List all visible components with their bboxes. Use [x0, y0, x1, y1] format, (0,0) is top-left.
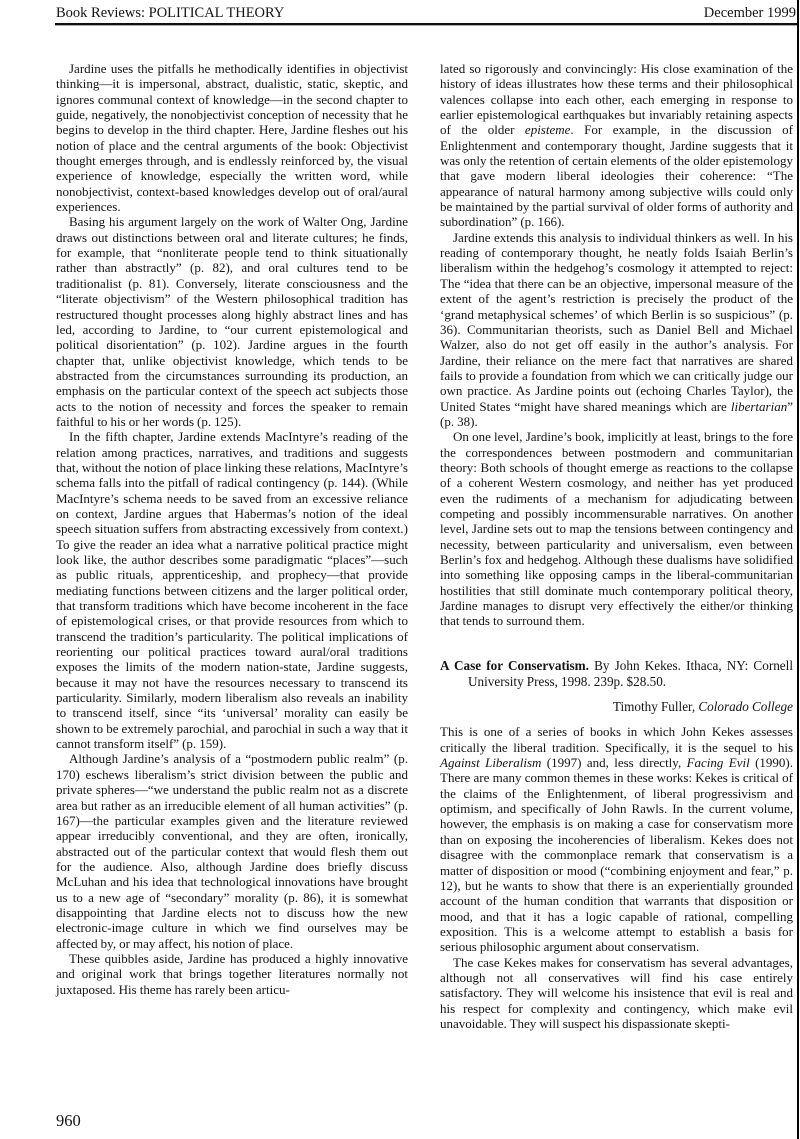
bold-text: A Case for Conservatism. — [440, 658, 589, 673]
paragraph: lated so rigorously and convincingly: Hi… — [440, 61, 793, 230]
paragraph: Jardine uses the pitfalls he methodicall… — [56, 61, 408, 214]
text-run: These quibbles aside, Jardine has produc… — [56, 951, 408, 997]
book-citation: A Case for Conservatism. By John Kekes. … — [440, 658, 793, 691]
italic-text: Facing Evil — [687, 755, 750, 770]
running-head: Book Reviews: POLITICAL THEORY — [56, 5, 284, 22]
text-run: The case Kekes makes for conservatism ha… — [440, 955, 793, 1031]
text-run: On one level, Jardine’s book, implicitly… — [440, 429, 793, 628]
paragraph: Although Jardine’s analysis of a “postmo… — [56, 751, 408, 950]
italic-text: Colorado College — [698, 699, 793, 714]
text-run: Basing his argument largely on the work … — [56, 214, 408, 428]
review-body: This is one of a series of books in whic… — [440, 724, 793, 1031]
italic-text: episteme — [525, 122, 570, 137]
page-header: Book Reviews: POLITICAL THEORY December … — [56, 5, 796, 22]
text-run: Jardine uses the pitfalls he methodicall… — [56, 61, 408, 214]
text-run: (1997) and, less directly, — [541, 755, 686, 770]
left-column: Jardine uses the pitfalls he methodicall… — [56, 61, 408, 997]
paragraph: On one level, Jardine’s book, implicitly… — [440, 429, 793, 628]
issue-date: December 1999 — [704, 5, 796, 22]
page-number: 960 — [56, 1112, 81, 1130]
text-run: . For example, in the discussion of Enli… — [440, 122, 793, 229]
paragraph: The case Kekes makes for conservatism ha… — [440, 955, 793, 1032]
text-run: Jardine extends this analysis to individ… — [440, 230, 793, 414]
text-run: This is one of a series of books in whic… — [440, 724, 793, 754]
review-continuation: lated so rigorously and convincingly: Hi… — [440, 61, 793, 629]
text-run: In the fifth chapter, Jardine extends Ma… — [56, 429, 408, 751]
text-run: (1990). There are many common themes in … — [440, 755, 793, 954]
text-run: Timothy Fuller, — [613, 699, 698, 714]
paragraph: In the fifth chapter, Jardine extends Ma… — [56, 429, 408, 751]
header-rule — [55, 23, 798, 25]
scan-edge-line — [797, 0, 799, 1139]
text-run: Although Jardine’s analysis of a “postmo… — [56, 751, 408, 950]
paragraph: Basing his argument largely on the work … — [56, 214, 408, 429]
paragraph: Jardine extends this analysis to individ… — [440, 230, 793, 429]
journal-page: Book Reviews: POLITICAL THEORY December … — [0, 0, 800, 1139]
reviewer-byline: Timothy Fuller, Colorado College — [440, 699, 793, 715]
paragraph: These quibbles aside, Jardine has produc… — [56, 951, 408, 997]
italic-text: libertarian — [731, 399, 787, 414]
right-column: lated so rigorously and convincingly: Hi… — [440, 61, 793, 1031]
italic-text: Against Liberalism — [440, 755, 541, 770]
paragraph: This is one of a series of books in whic… — [440, 724, 793, 954]
